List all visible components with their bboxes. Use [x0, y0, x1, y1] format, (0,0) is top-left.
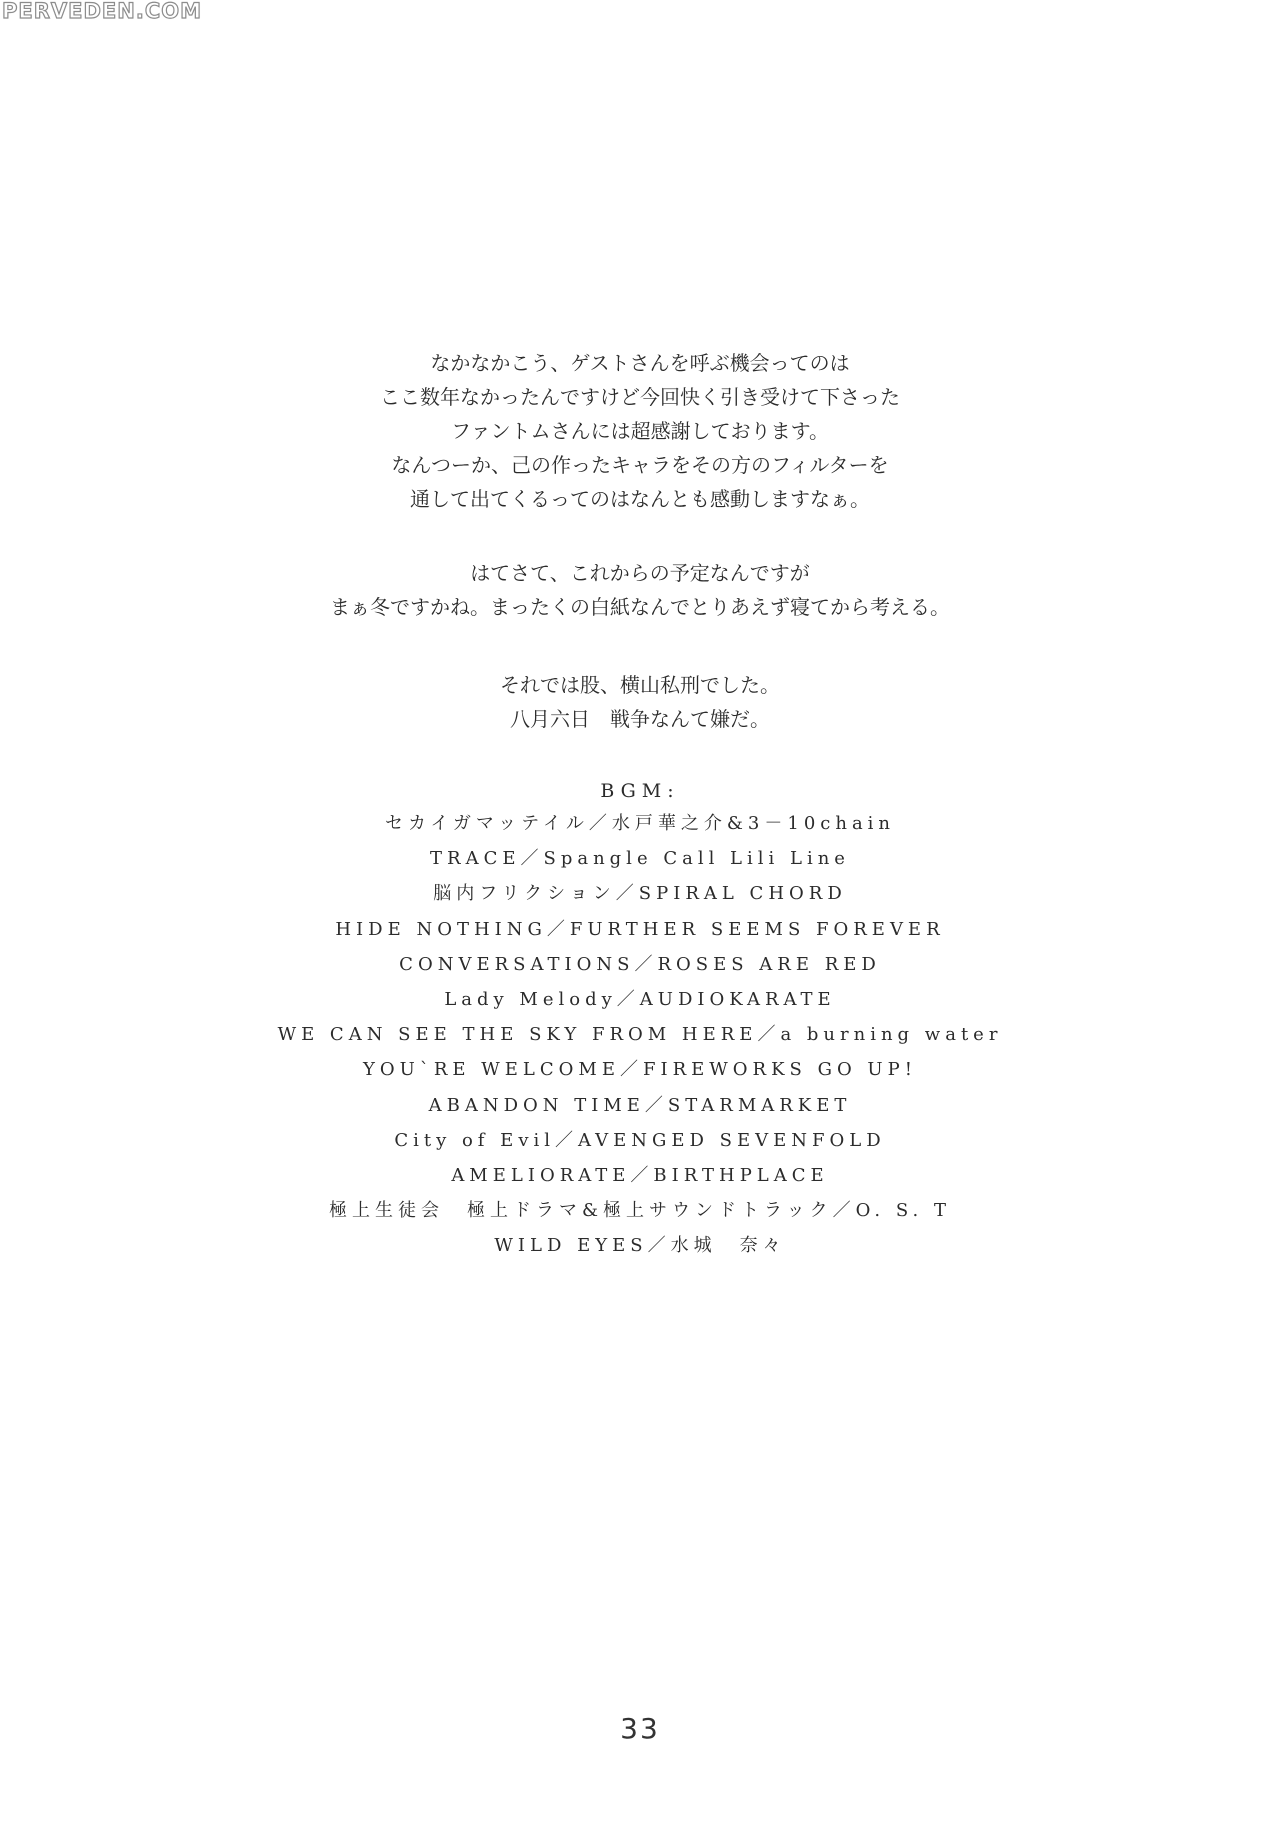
bgm-item: 脳内フリクション／SPIRAL CHORD	[0, 876, 1280, 911]
bgm-item: AMELIORATE／BIRTHPLACE	[0, 1158, 1280, 1193]
afterword-intro-paragraph: なかなかこう、ゲストさんを呼ぶ機会ってのは ここ数年なかったんですけど今回快く引…	[0, 346, 1280, 516]
site-watermark: PERVEDEN.COM	[2, 0, 202, 22]
page-number: 33	[0, 1712, 1280, 1745]
paragraph-line: ここ数年なかったんですけど今回快く引き受けて下さった	[0, 380, 1280, 414]
bgm-item: CONVERSATIONS／ROSES ARE RED	[0, 947, 1280, 982]
bgm-item: YOU`RE WELCOME／FIREWORKS GO UP!	[0, 1052, 1280, 1087]
paragraph-line: 通して出てくるってのはなんとも感動しますなぁ。	[0, 482, 1280, 516]
paragraph-line: はてさて、これからの予定なんですが	[0, 556, 1280, 590]
bgm-heading: BGM:	[0, 776, 1280, 806]
bgm-item: ABANDON TIME／STARMARKET	[0, 1088, 1280, 1123]
bgm-item: TRACE／Spangle Call Lili Line	[0, 841, 1280, 876]
bgm-item: WILD EYES／水城 奈々	[0, 1228, 1280, 1263]
bgm-item: Lady Melody／AUDIOKARATE	[0, 982, 1280, 1017]
bgm-item: City of Evil／AVENGED SEVENFOLD	[0, 1123, 1280, 1158]
paragraph-line: なかなかこう、ゲストさんを呼ぶ機会ってのは	[0, 346, 1280, 380]
bgm-item: セカイガマッテイル／水戸華之介&3－10chain	[0, 806, 1280, 841]
bgm-item: 極上生徒会 極上ドラマ&極上サウンドトラック／O. S. T	[0, 1193, 1280, 1228]
signoff-line: それでは股、横山私刑でした。	[0, 668, 1280, 702]
paragraph-line: ファントムさんには超感謝しております。	[0, 414, 1280, 448]
bgm-item: WE CAN SEE THE SKY FROM HERE／a burning w…	[0, 1017, 1280, 1052]
bgm-list: BGM: セカイガマッテイル／水戸華之介&3－10chain TRACE／Spa…	[0, 776, 1280, 1263]
afterword-signoff: それでは股、横山私刑でした。 八月六日 戦争なんて嫌だ。	[0, 668, 1280, 736]
bgm-item: HIDE NOTHING／FURTHER SEEMS FOREVER	[0, 912, 1280, 947]
paragraph-line: なんつーか、己の作ったキャラをその方のフィルターを	[0, 448, 1280, 482]
paragraph-line: まぁ冬ですかね。まったくの白紙なんでとりあえず寝てから考える。	[0, 590, 1280, 624]
signoff-date-line: 八月六日 戦争なんて嫌だ。	[0, 702, 1280, 736]
afterword-plans-paragraph: はてさて、これからの予定なんですが まぁ冬ですかね。まったくの白紙なんでとりあえ…	[0, 556, 1280, 624]
